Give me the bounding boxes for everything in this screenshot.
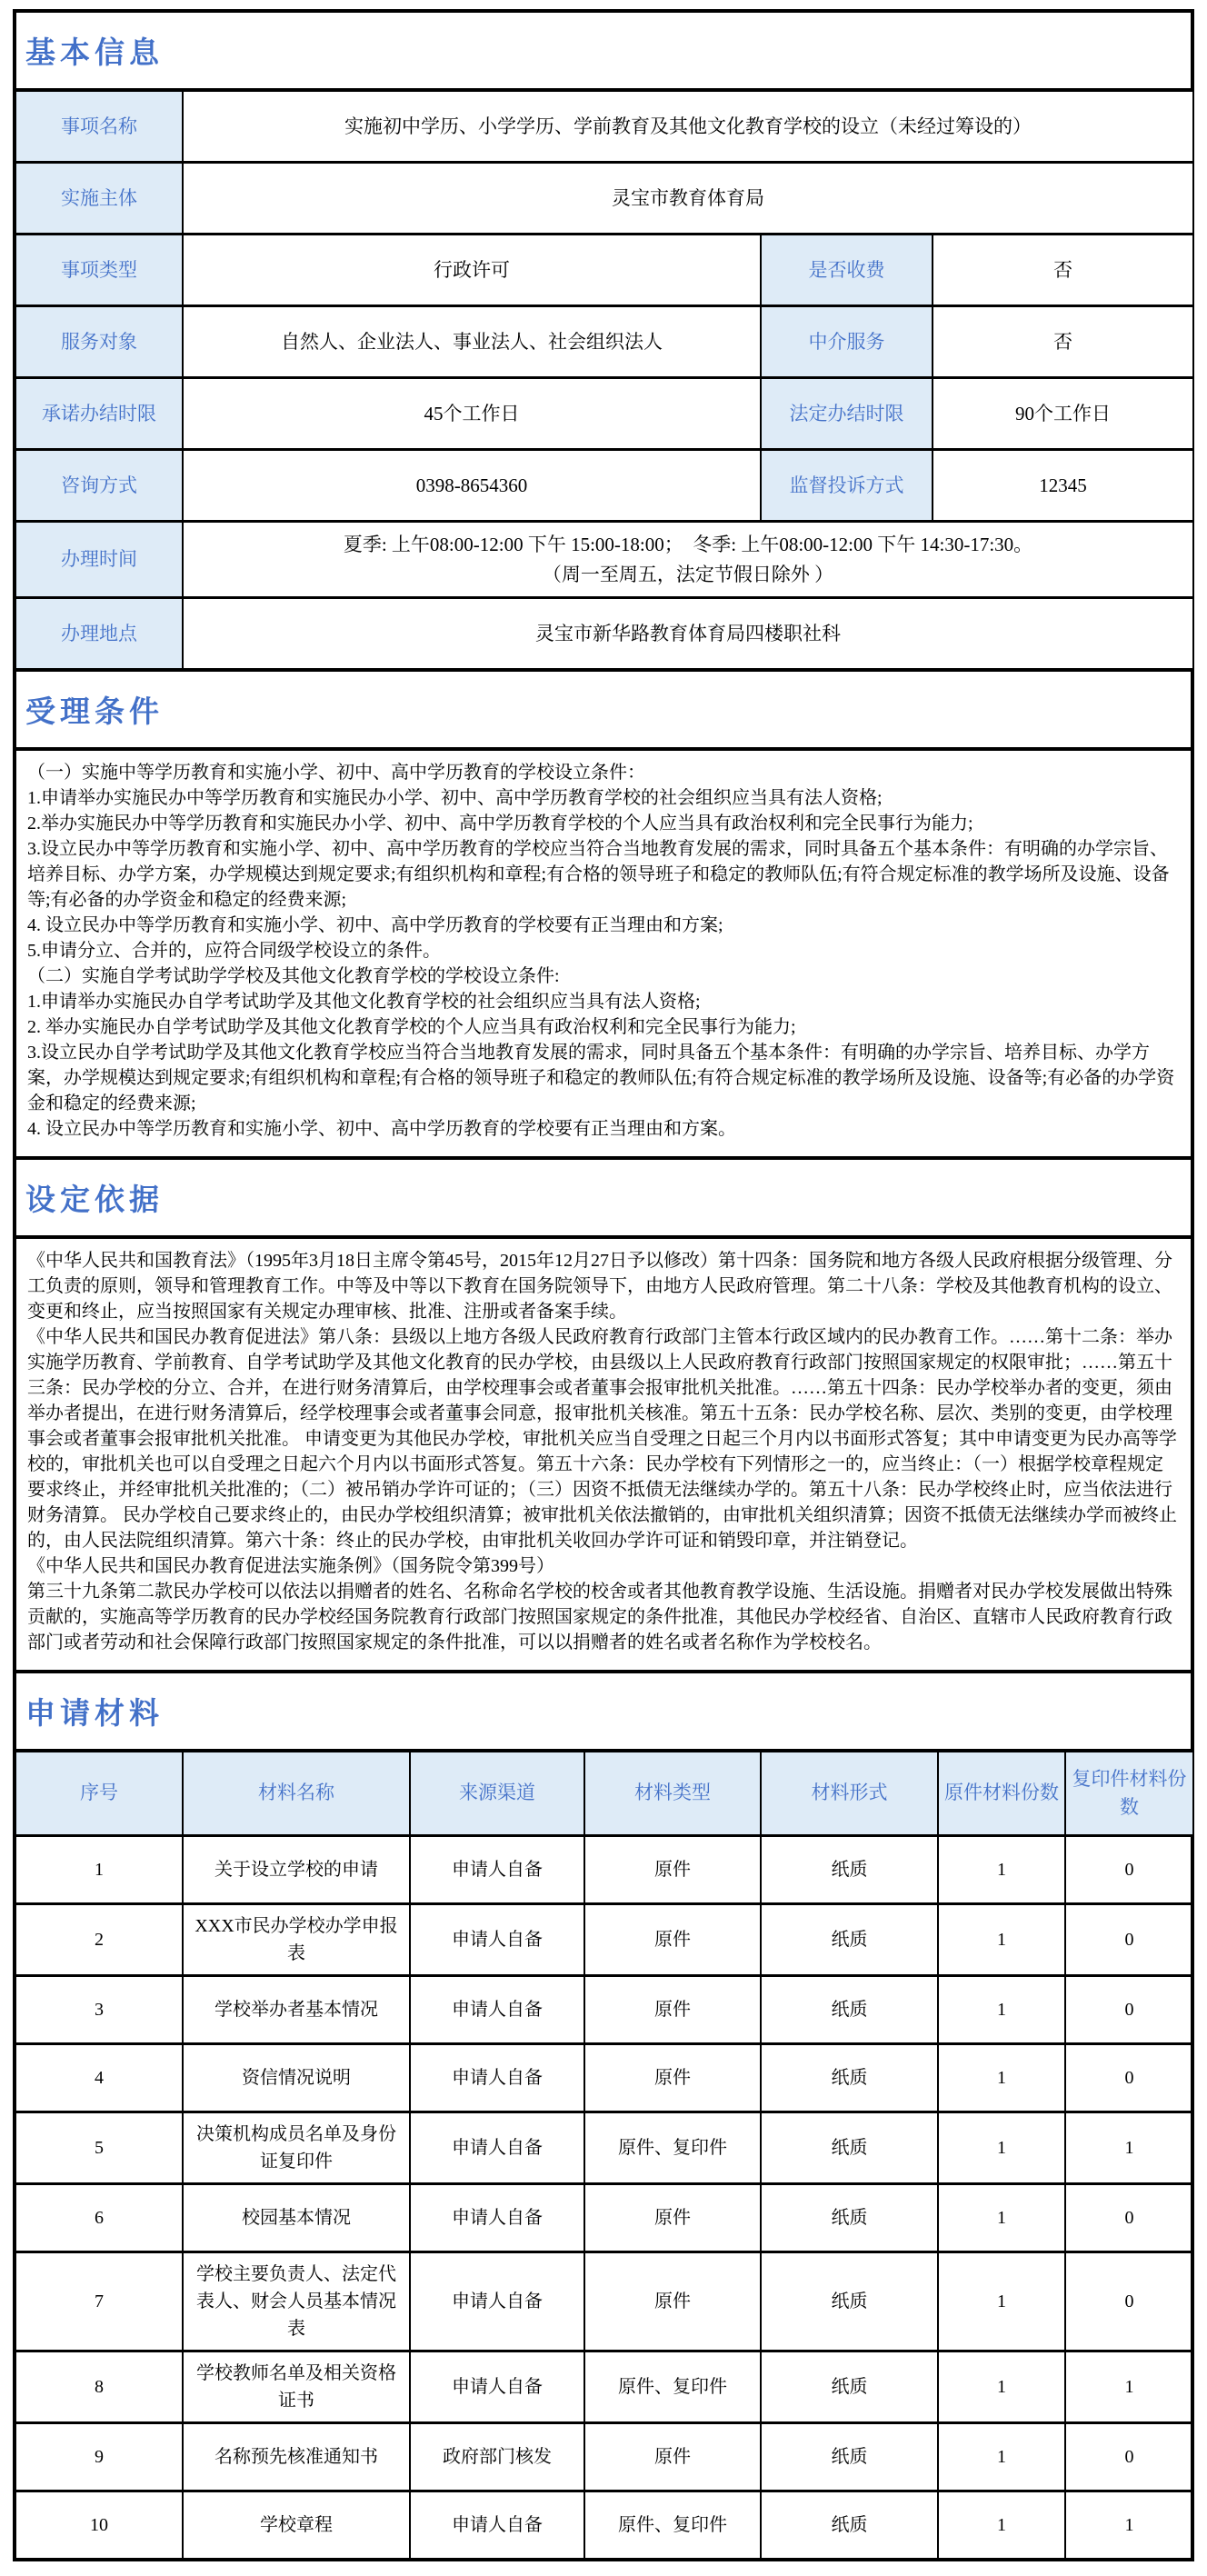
section-title-basic-info: 基本信息	[16, 13, 1191, 92]
field-label: 服务对象	[16, 306, 183, 378]
legal-basis-paragraph: 《中华人民共和国民办教育促进法》第八条：县级以上地方各级人民政府教育行政部门主管…	[27, 1324, 1180, 1553]
materials-cell: 1	[1065, 2351, 1192, 2423]
materials-cell: 0	[1065, 2423, 1192, 2491]
materials-cell: 原件、复印件	[584, 2491, 761, 2559]
condition-line: 5.申请分立、合并的，应符合同级学校设立的条件。	[27, 938, 1180, 964]
materials-column-header: 材料类型	[584, 1752, 761, 1836]
materials-row: 6校园基本情况申请人自备原件纸质10	[16, 2184, 1192, 2252]
materials-cell: 申请人自备	[410, 2112, 584, 2184]
materials-cell: 1	[938, 2044, 1065, 2112]
materials-cell: 1	[938, 1904, 1065, 1976]
materials-cell: 1	[1065, 2491, 1192, 2559]
section-title-acceptance-conditions: 受理条件	[16, 668, 1191, 751]
materials-cell: 8	[16, 2351, 183, 2423]
condition-line: 4. 设立民办中等学历教育和实施小学、初中、高中学历教育的学校要有正当理由和方案…	[27, 913, 1180, 938]
materials-cell: 纸质	[761, 2184, 938, 2252]
materials-column-header: 复印件材料份数	[1065, 1752, 1192, 1836]
materials-cell: 申请人自备	[410, 2184, 584, 2252]
materials-cell: 原件	[584, 1904, 761, 1976]
materials-cell: 0	[1065, 1836, 1192, 1904]
field-label: 事项名称	[16, 92, 183, 163]
materials-cell: 原件	[584, 2184, 761, 2252]
field-label: 监督投诉方式	[761, 450, 933, 522]
materials-row: 2XXX市民办学校办学申报表申请人自备原件纸质10	[16, 1904, 1192, 1976]
materials-cell: 纸质	[761, 2423, 938, 2491]
materials-cell: 申请人自备	[410, 1836, 584, 1904]
field-value: 行政许可	[183, 235, 761, 306]
materials-cell: 原件	[584, 1976, 761, 2044]
field-value: 否	[933, 235, 1192, 306]
materials-cell: 纸质	[761, 2252, 938, 2351]
materials-row: 9名称预先核准通知书政府部门核发原件纸质10	[16, 2423, 1192, 2491]
legal-basis-paragraph: 《中华人民共和国民办教育促进法实施条例》（国务院令第399号）	[27, 1553, 1180, 1579]
materials-cell: 纸质	[761, 1836, 938, 1904]
materials-cell: 学校教师名单及相关资格证书	[183, 2351, 410, 2423]
field-label: 办理地点	[16, 598, 183, 669]
materials-cell: 纸质	[761, 1976, 938, 2044]
condition-line: （一）实施中等学历教育和实施小学、初中、高中学历教育的学校设立条件：	[27, 760, 1180, 785]
materials-cell: 原件	[584, 1836, 761, 1904]
legal-basis-paragraph: 第三十九条第二款民办学校可以依法以捐赠者的姓名、名称命名学校的校舍或者其他教育教…	[27, 1579, 1180, 1655]
materials-cell: 申请人自备	[410, 2491, 584, 2559]
field-label: 事项类型	[16, 235, 183, 306]
materials-cell: 纸质	[761, 2351, 938, 2423]
materials-cell: 5	[16, 2112, 183, 2184]
materials-cell: 2	[16, 1904, 183, 1976]
materials-cell: 原件、复印件	[584, 2112, 761, 2184]
materials-row: 4资信情况说明申请人自备原件纸质10	[16, 2044, 1192, 2112]
condition-line: 1.申请举办实施民办自学考试助学及其他文化教育学校的社会组织应当具有法人资格;	[27, 989, 1180, 1014]
materials-cell: 校园基本情况	[183, 2184, 410, 2252]
materials-cell: 1	[938, 2491, 1065, 2559]
section-title-application-materials: 申请材料	[16, 1670, 1191, 1752]
materials-cell: 1	[938, 2184, 1065, 2252]
materials-cell: 纸质	[761, 1904, 938, 1976]
materials-cell: 0	[1065, 1976, 1192, 2044]
service-info-sheet: 基本信息 事项名称实施初中学历、小学学历、学前教育及其他文化教育学校的设立（未经…	[13, 9, 1194, 2561]
materials-column-header: 材料名称	[183, 1752, 410, 1836]
materials-column-header: 材料形式	[761, 1752, 938, 1836]
basic-info-row: 办理地点灵宝市新华路教育体育局四楼职社科	[16, 598, 1192, 669]
basic-info-row: 事项类型行政许可是否收费否	[16, 235, 1192, 306]
basic-info-row: 办理时间夏季: 上午08:00-12:00 下午 15:00-18:00； 冬季…	[16, 522, 1192, 598]
materials-column-header: 序号	[16, 1752, 183, 1836]
condition-line: 2. 举办实施民办自学考试助学及其他文化教育学校的个人应当具有政治权利和完全民事…	[27, 1014, 1180, 1040]
materials-cell: 名称预先核准通知书	[183, 2423, 410, 2491]
materials-column-header: 来源渠道	[410, 1752, 584, 1836]
field-label: 办理时间	[16, 522, 183, 598]
materials-cell: 申请人自备	[410, 1904, 584, 1976]
materials-cell: 0	[1065, 2184, 1192, 2252]
condition-line: 3.设立民办中等学历教育和实施小学、初中、高中学历教育的学校应当符合当地教育发展…	[27, 836, 1180, 913]
materials-row: 1关于设立学校的申请申请人自备原件纸质10	[16, 1836, 1192, 1904]
materials-header-row: 序号材料名称来源渠道材料类型材料形式原件材料份数复印件材料份数	[16, 1752, 1192, 1836]
materials-cell: 学校举办者基本情况	[183, 1976, 410, 2044]
basic-info-row: 咨询方式0398-8654360监督投诉方式12345	[16, 450, 1192, 522]
field-value: 灵宝市新华路教育体育局四楼职社科	[183, 598, 1192, 669]
materials-cell: 0	[1065, 2252, 1192, 2351]
materials-cell: 申请人自备	[410, 2252, 584, 2351]
materials-cell: 申请人自备	[410, 2044, 584, 2112]
field-label: 承诺办结时限	[16, 378, 183, 450]
materials-cell: 6	[16, 2184, 183, 2252]
field-label: 是否收费	[761, 235, 933, 306]
materials-row: 8学校教师名单及相关资格证书申请人自备原件、复印件纸质11	[16, 2351, 1192, 2423]
materials-cell: 申请人自备	[410, 1976, 584, 2044]
field-value: 自然人、企业法人、事业法人、社会组织法人	[183, 306, 761, 378]
basic-info-row: 服务对象自然人、企业法人、事业法人、社会组织法人中介服务否	[16, 306, 1192, 378]
materials-cell: 1	[938, 2351, 1065, 2423]
materials-column-header: 原件材料份数	[938, 1752, 1065, 1836]
materials-cell: 0	[1065, 2044, 1192, 2112]
field-label: 法定办结时限	[761, 378, 933, 450]
materials-cell: 申请人自备	[410, 2351, 584, 2423]
materials-cell: 原件	[584, 2044, 761, 2112]
materials-cell: 政府部门核发	[410, 2423, 584, 2491]
materials-row: 10学校章程申请人自备原件、复印件纸质11	[16, 2491, 1192, 2559]
field-value: 实施初中学历、小学学历、学前教育及其他文化教育学校的设立（未经过筹设的）	[183, 92, 1192, 163]
materials-cell: 学校主要负责人、法定代表人、财会人员基本情况表	[183, 2252, 410, 2351]
field-value: 12345	[933, 450, 1192, 522]
condition-line: 2.举办实施民办中等学历教育和实施民办小学、初中、高中学历教育学校的个人应当具有…	[27, 811, 1180, 836]
condition-line: （二）实施自学考试助学学校及其他文化教育学校的学校设立条件:	[27, 964, 1180, 989]
field-value: 0398-8654360	[183, 450, 761, 522]
condition-line: 3.设立民办自学考试助学及其他文化教育学校应当符合当地教育发展的需求，同时具备五…	[27, 1040, 1180, 1116]
materials-cell: 纸质	[761, 2491, 938, 2559]
materials-cell: 7	[16, 2252, 183, 2351]
materials-row: 7学校主要负责人、法定代表人、财会人员基本情况表申请人自备原件纸质10	[16, 2252, 1192, 2351]
materials-cell: XXX市民办学校办学申报表	[183, 1904, 410, 1976]
field-label: 咨询方式	[16, 450, 183, 522]
materials-cell: 资信情况说明	[183, 2044, 410, 2112]
materials-cell: 1	[938, 1836, 1065, 1904]
basic-info-row: 承诺办结时限45个工作日法定办结时限90个工作日	[16, 378, 1192, 450]
materials-cell: 1	[16, 1836, 183, 1904]
materials-cell: 学校章程	[183, 2491, 410, 2559]
field-value: 灵宝市教育体育局	[183, 163, 1192, 235]
legal-basis-paragraph: 《中华人民共和国教育法》（1995年3月18日主席令第45号，2015年12月2…	[27, 1248, 1180, 1324]
application-materials-table: 序号材料名称来源渠道材料类型材料形式原件材料份数复印件材料份数1关于设立学校的申…	[16, 1752, 1192, 2558]
legal-basis-text: 《中华人民共和国教育法》（1995年3月18日主席令第45号，2015年12月2…	[16, 1239, 1191, 1670]
basic-info-row: 事项名称实施初中学历、小学学历、学前教育及其他文化教育学校的设立（未经过筹设的）	[16, 92, 1192, 163]
materials-cell: 1	[1065, 2112, 1192, 2184]
materials-row: 3学校举办者基本情况申请人自备原件纸质10	[16, 1976, 1192, 2044]
materials-cell: 3	[16, 1976, 183, 2044]
materials-cell: 1	[938, 2423, 1065, 2491]
materials-cell: 1	[938, 1976, 1065, 2044]
materials-cell: 1	[938, 2252, 1065, 2351]
materials-cell: 关于设立学校的申请	[183, 1836, 410, 1904]
materials-cell: 原件	[584, 2252, 761, 2351]
materials-cell: 原件	[584, 2423, 761, 2491]
basic-info-table: 事项名称实施初中学历、小学学历、学前教育及其他文化教育学校的设立（未经过筹设的）…	[16, 92, 1192, 668]
basic-info-row: 实施主体灵宝市教育体育局	[16, 163, 1192, 235]
field-label: 实施主体	[16, 163, 183, 235]
materials-cell: 0	[1065, 1904, 1192, 1976]
materials-cell: 纸质	[761, 2112, 938, 2184]
field-value: 45个工作日	[183, 378, 761, 450]
materials-cell: 9	[16, 2423, 183, 2491]
condition-line: 4. 设立民办中等学历教育和实施小学、初中、高中学历教育的学校要有正当理由和方案…	[27, 1116, 1180, 1142]
materials-cell: 决策机构成员名单及身份证复印件	[183, 2112, 410, 2184]
condition-line: 1.申请举办实施民办中等学历教育和实施民办小学、初中、高中学历教育学校的社会组织…	[27, 785, 1180, 811]
materials-cell: 1	[938, 2112, 1065, 2184]
field-label: 中介服务	[761, 306, 933, 378]
materials-cell: 4	[16, 2044, 183, 2112]
field-value: 否	[933, 306, 1192, 378]
materials-cell: 纸质	[761, 2044, 938, 2112]
acceptance-conditions-text: （一）实施中等学历教育和实施小学、初中、高中学历教育的学校设立条件：1.申请举办…	[16, 751, 1191, 1156]
materials-cell: 10	[16, 2491, 183, 2559]
materials-row: 5决策机构成员名单及身份证复印件申请人自备原件、复印件纸质11	[16, 2112, 1192, 2184]
section-title-legal-basis: 设定依据	[16, 1156, 1191, 1239]
materials-cell: 原件、复印件	[584, 2351, 761, 2423]
field-value: 90个工作日	[933, 378, 1192, 450]
field-value: 夏季: 上午08:00-12:00 下午 15:00-18:00； 冬季: 上午…	[183, 522, 1192, 598]
